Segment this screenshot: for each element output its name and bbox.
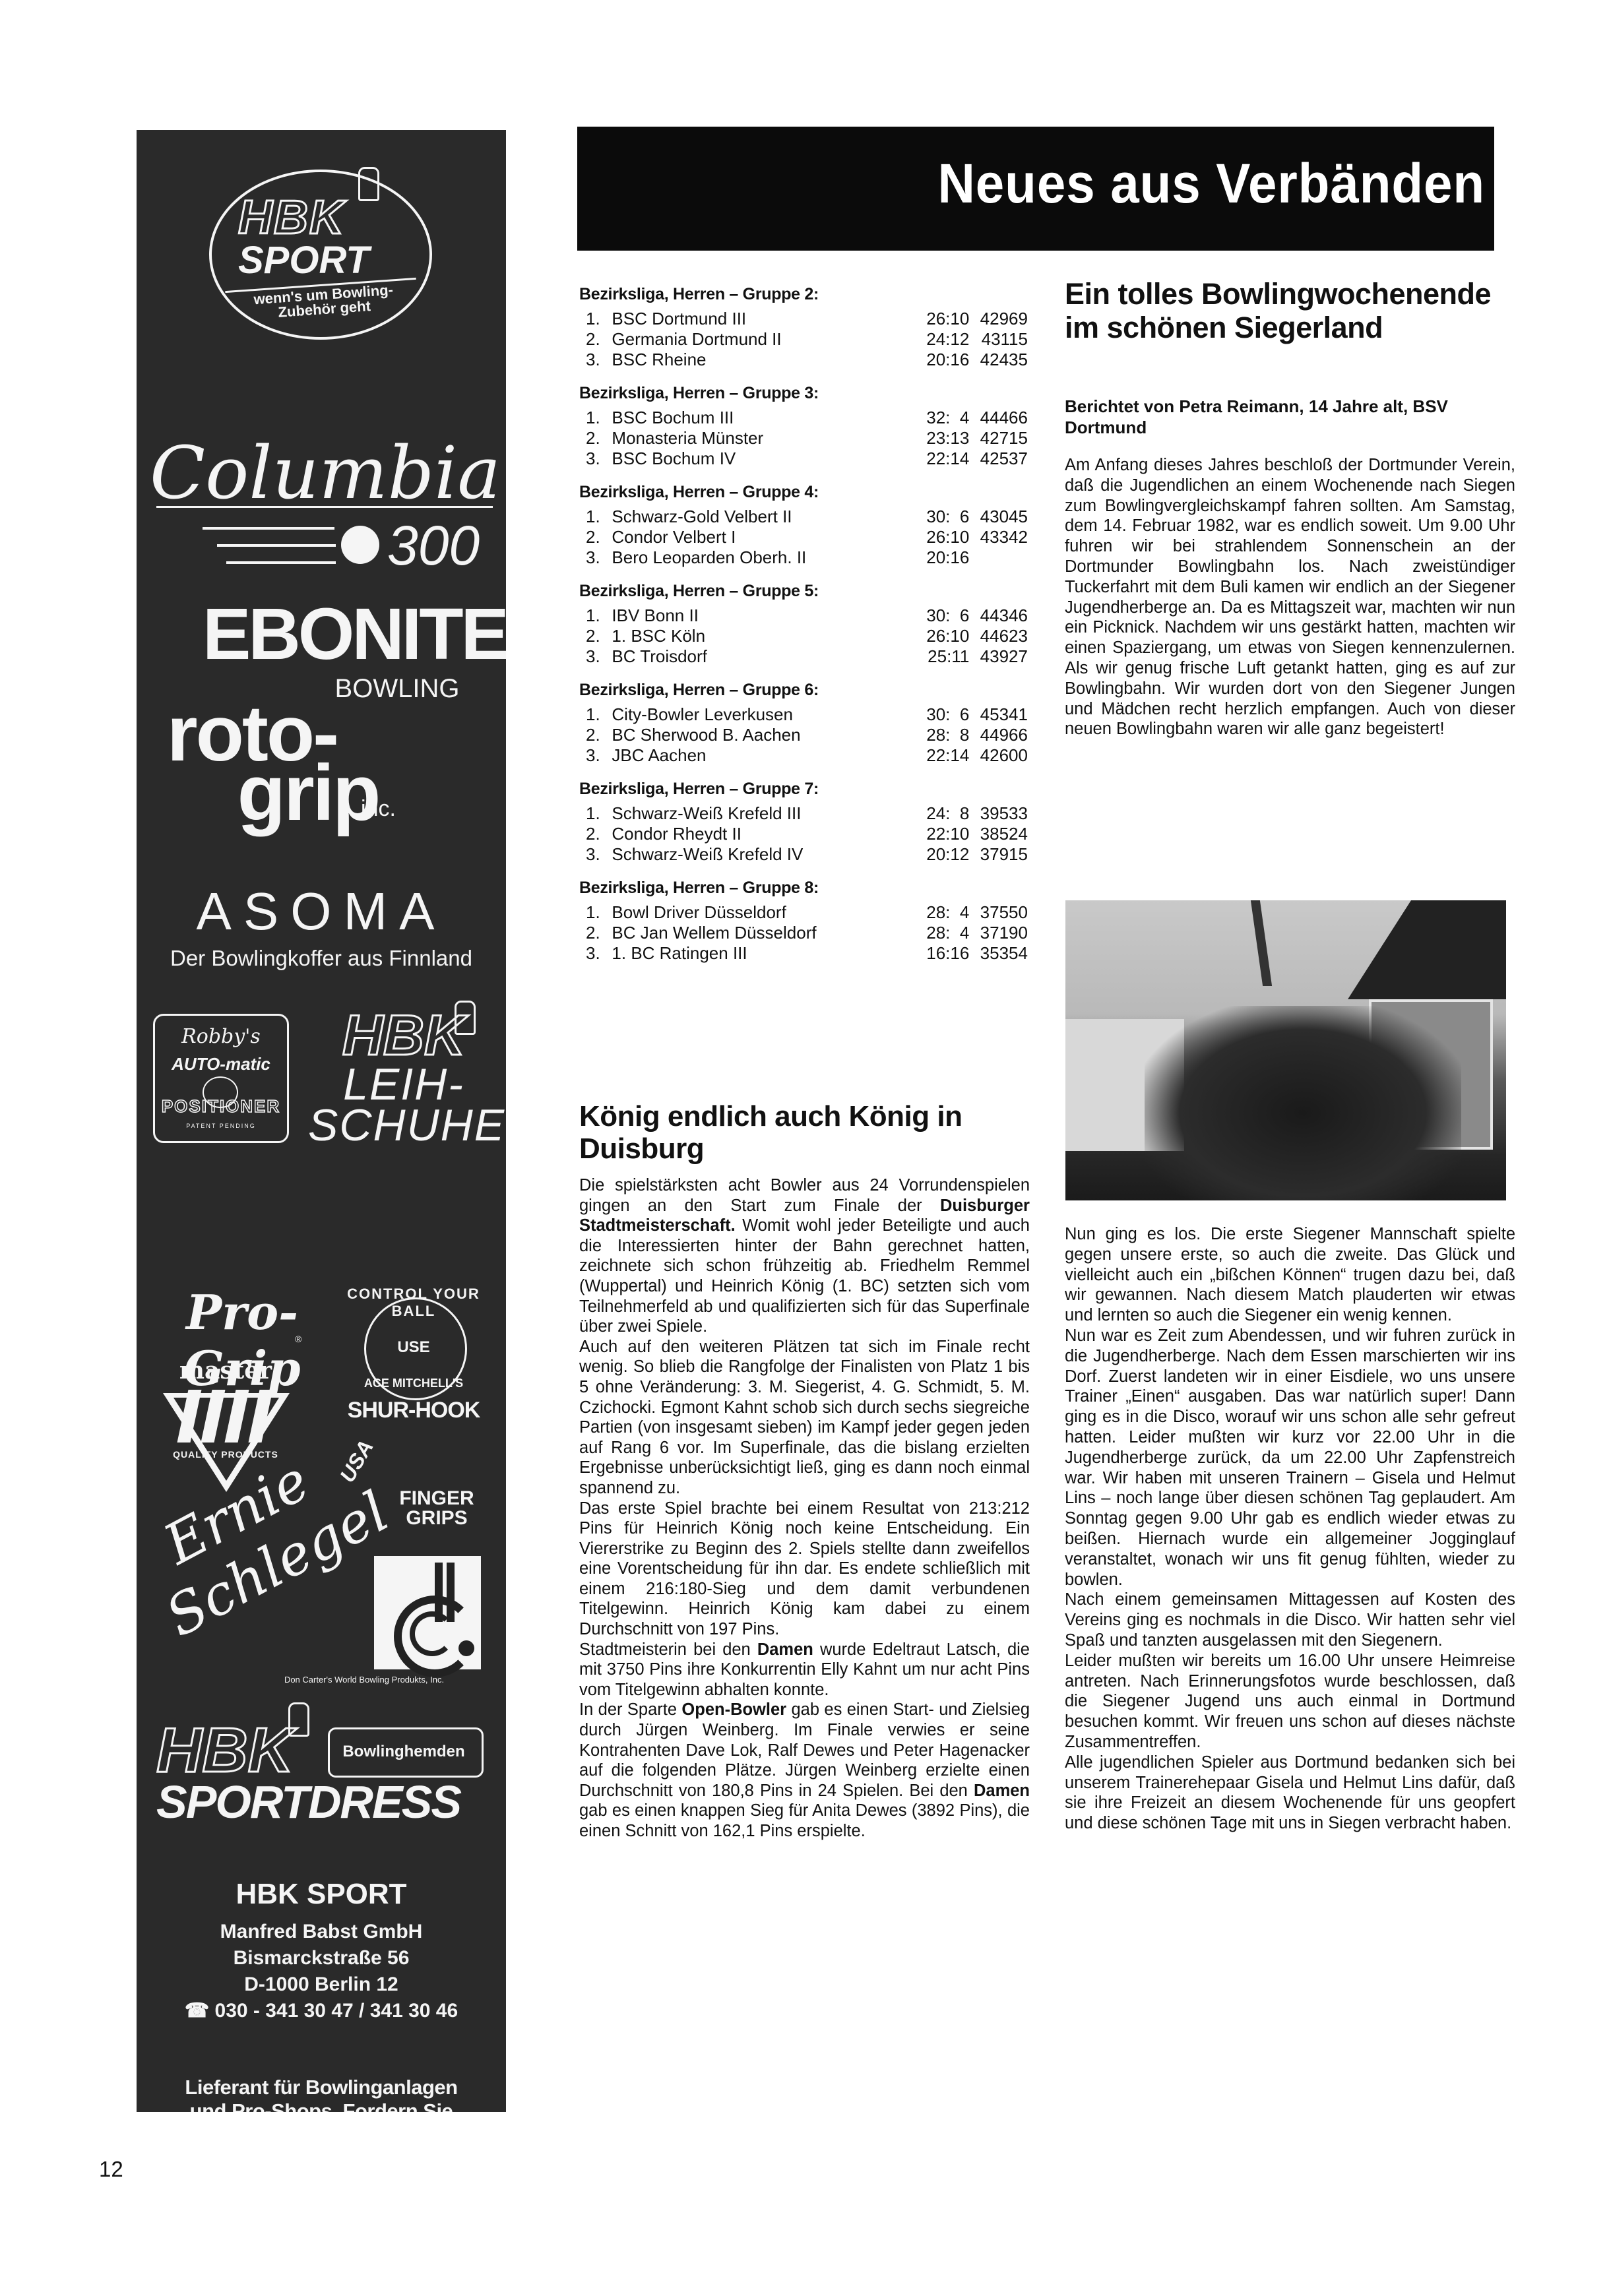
cell-points: 20:16 (911, 350, 970, 370)
cell-rank: 3. (579, 745, 612, 766)
shur-hook-logo: CONTROL YOUR BALL USE ACE MITCHELL'S SHU… (338, 1278, 489, 1429)
schuhe-line: SCHUHE (308, 1105, 499, 1146)
cell-points: 20:12 (911, 844, 970, 865)
cell-pins: 38524 (969, 824, 1028, 844)
cell-team: BSC Bochum III (612, 408, 910, 428)
standings-group: Bezirksliga, Herren – Gruppe 6:1.City-Bo… (579, 679, 1028, 766)
cell-points: 23:13 (911, 428, 970, 449)
article-siegerland-body-part1: Am Anfang dieses Jahres beschloß der Dor… (1065, 455, 1515, 739)
standings-group: Bezirksliga, Herren – Gruppe 8:1.Bowl Dr… (579, 877, 1028, 964)
table-row: 3.Bero Leoparden Oberh. II20:16 (579, 547, 1028, 568)
robby-name: Robby's (155, 1025, 287, 1048)
don-carter-logo (374, 1556, 481, 1669)
cell-pins: 42537 (969, 449, 1028, 469)
cell-rank: 3. (579, 350, 612, 370)
cell-rank: 1. (579, 605, 612, 626)
supplier-slogan: Lieferant für Bowlinganlagen und Pro-Sho… (150, 2076, 493, 2112)
cell-pins: 35354 (969, 943, 1028, 964)
cell-team: BC Sherwood B. Aachen (612, 725, 910, 745)
standings-group: Bezirksliga, Herren – Gruppe 3:1.BSC Boc… (579, 383, 1028, 469)
photo-roof (1348, 900, 1506, 999)
cell-rank: 1. (579, 507, 612, 527)
cell-rank: 2. (579, 923, 612, 943)
paragraph: Alle jugendlichen Spieler aus Dortmund b… (1065, 1753, 1515, 1834)
cell-pins: 43045 (969, 507, 1028, 527)
thumbs-up-icon (358, 167, 379, 201)
text-run: gab es einen knappen Sieg für Anita Dewe… (579, 1801, 1030, 1840)
table-row: 2.Monasteria Münster23:1342715 (579, 428, 1028, 449)
company-name: HBK SPORT (137, 1878, 506, 1911)
cell-points: 25:11 (911, 646, 970, 667)
hbk-sportdress-logo: HBK Bowlinghemden SPORTDRESS (150, 1706, 493, 1825)
table-row: 2.BC Sherwood B. Aachen28: 844966 (579, 725, 1028, 745)
cell-points: 16:16 (911, 943, 970, 964)
paragraph: Die spielstärksten acht Bowler aus 24 Vo… (579, 1175, 1030, 1337)
group-title: Bezirksliga, Herren – Gruppe 4: (579, 481, 1028, 503)
cell-team: JBC Aachen (612, 745, 910, 766)
model-number: 300 (387, 514, 480, 578)
group-title: Bezirksliga, Herren – Gruppe 6: (579, 679, 1028, 700)
table-row: 1.IBV Bonn II30: 644346 (579, 605, 1028, 626)
shur-hook-arc-text: CONTROL YOUR BALL (338, 1286, 489, 1320)
cell-team: Schwarz-Weiß Krefeld IV (612, 844, 910, 865)
shur-hook-name: SHUR-HOOK (338, 1398, 489, 1423)
group-title: Bezirksliga, Herren – Gruppe 7: (579, 778, 1028, 799)
registered-mark: ® (295, 1334, 301, 1344)
shur-hook-use: USE (338, 1338, 489, 1357)
cell-pins: 44346 (969, 605, 1028, 626)
group-title: Bezirksliga, Herren – Gruppe 3: (579, 383, 1028, 404)
text-run: Das erste Spiel brachte bei einem Result… (579, 1499, 1030, 1639)
shur-hook-ace: ACE MITCHELL'S (338, 1377, 489, 1390)
table-row: 3.BSC Bochum IV22:1442537 (579, 449, 1028, 469)
standings-group: Bezirksliga, Herren – Gruppe 4:1.Schwarz… (579, 481, 1028, 568)
robby-positioner: POSITIONER (155, 1096, 287, 1117)
table-row: 2.Germania Dortmund II24:1243115 (579, 329, 1028, 350)
hbk-brand: HBK (238, 191, 345, 245)
cell-team: BSC Bochum IV (612, 449, 910, 469)
grips-line: GRIPS (381, 1508, 493, 1528)
table-row: 3.1. BC Ratingen III16:1635354 (579, 943, 1028, 964)
bold-run: Open-Bowler (681, 1700, 786, 1719)
robby-positioner-logo: Robby's AUTO-matic POSITIONER PATENT PEN… (153, 1014, 289, 1143)
hbk-leihschuhe-logo: HBK LEIH- SCHUHE (308, 1007, 499, 1146)
slogan-line: Lieferant für Bowlinganlagen (150, 2076, 493, 2099)
group-photo (1065, 900, 1506, 1200)
table-row: 2.Condor Rheydt II22:1038524 (579, 824, 1028, 844)
bold-run: Damen (974, 1782, 1030, 1800)
finger-grips-label: FINGER GRIPS (381, 1489, 493, 1528)
cell-points: 22:14 (911, 745, 970, 766)
cell-rank: 3. (579, 943, 612, 964)
cell-pins: 43927 (969, 646, 1028, 667)
cell-rank: 1. (579, 309, 612, 329)
cell-pins: 37190 (969, 923, 1028, 943)
slogan-line: und Pro-Shops. Fordern Sie (150, 2099, 493, 2112)
cell-rank: 1. (579, 803, 612, 824)
photo-people (1145, 1006, 1461, 1200)
cell-pins: 39533 (969, 803, 1028, 824)
paragraph: Leider mußten wir bereits um 16.00 Uhr u… (1065, 1651, 1515, 1753)
cell-team: Monasteria Münster (612, 428, 910, 449)
cell-rank: 2. (579, 824, 612, 844)
leih-line: LEIH- (308, 1064, 499, 1105)
paragraph: Nun war es Zeit zum Abendessen, und wir … (1065, 1326, 1515, 1590)
cell-rank: 1. (579, 902, 612, 923)
cell-pins: 44466 (969, 408, 1028, 428)
cell-pins: 42600 (969, 745, 1028, 766)
section-title: Neues aus Verbänden (937, 152, 1485, 216)
cell-pins: 44966 (969, 725, 1028, 745)
article-koenig-title: König endlich auch König in Duisburg (579, 1100, 1028, 1165)
cell-team: Bowl Driver Düsseldorf (612, 902, 910, 923)
street-address: Bismarckstraße 56 (137, 1945, 506, 1971)
cell-pins: 43115 (969, 329, 1028, 350)
cell-points: 26:10 (911, 626, 970, 646)
thumbs-up-icon (455, 1001, 476, 1035)
cell-points: 28: 4 (911, 902, 970, 923)
paragraph: Stadtmeisterin bei den Damen wurde Edelt… (579, 1640, 1030, 1700)
city-address: D-1000 Berlin 12 (137, 1971, 506, 1998)
section-banner: Neues aus Verbänden (577, 127, 1494, 251)
cell-rank: 2. (579, 329, 612, 350)
cell-points: 30: 6 (911, 704, 970, 725)
cell-rank: 3. (579, 646, 612, 667)
table-row: 1.BSC Dortmund III26:1042969 (579, 309, 1028, 329)
text-run: Auch auf den weiteren Plätzen tat sich i… (579, 1338, 1030, 1497)
columbia-rule (156, 506, 493, 508)
cell-rank: 2. (579, 527, 612, 547)
hbk-sport-word: SPORT (238, 238, 369, 282)
cell-pins: 42715 (969, 428, 1028, 449)
table-row: 1.BSC Bochum III32: 444466 (579, 408, 1028, 428)
thumbs-up-icon (288, 1702, 309, 1737)
table-row: 3.Schwarz-Weiß Krefeld IV20:1237915 (579, 844, 1028, 865)
phone-number: ☎ 030 - 341 30 47 / 341 30 46 (137, 1998, 506, 2024)
cell-pins: 37915 (969, 844, 1028, 865)
cell-points: 26:10 (911, 527, 970, 547)
article-siegerland-title: Ein tolles Bowlingwochenende im schönen … (1065, 277, 1500, 344)
cell-points: 22:14 (911, 449, 970, 469)
photo-pole (1251, 900, 1272, 986)
cell-team: BC Troisdorf (612, 646, 910, 667)
table-row: 3.BC Troisdorf25:1143927 (579, 646, 1028, 667)
table-row: 3.JBC Aachen22:1442600 (579, 745, 1028, 766)
cell-pins: 43342 (969, 527, 1028, 547)
master-stripes-icon (183, 1390, 268, 1443)
rotogrip-suffix: inc. (361, 796, 396, 822)
paragraph: Nach einem gemeinsamen Mittagessen auf K… (1065, 1590, 1515, 1650)
cell-points: 32: 4 (911, 408, 970, 428)
cell-rank: 2. (579, 626, 612, 646)
bold-run: Damen (757, 1640, 813, 1659)
robby-automatic: AUTO-matic (155, 1054, 287, 1074)
standings-group: Bezirksliga, Herren – Gruppe 7:1.Schwarz… (579, 778, 1028, 865)
cell-points: 24: 8 (911, 803, 970, 824)
cell-rank: 3. (579, 844, 612, 865)
paragraph: Das erste Spiel brachte bei einem Result… (579, 1499, 1030, 1640)
cell-rank: 1. (579, 408, 612, 428)
page-number: 12 (99, 2157, 123, 2182)
article-koenig-body: Die spielstärksten acht Bowler aus 24 Vo… (579, 1175, 1030, 1842)
cell-rank: 2. (579, 725, 612, 745)
cell-pins: 44623 (969, 626, 1028, 646)
cell-team: Germania Dortmund II (612, 329, 910, 350)
article-byline: Berichtet von Petra Reimann, 14 Jahre al… (1065, 396, 1500, 438)
cell-team: BSC Dortmund III (612, 309, 910, 329)
bowling-ball-icon (341, 526, 379, 564)
robby-patent: PATENT PENDING (155, 1123, 287, 1129)
cell-rank: 2. (579, 428, 612, 449)
cell-pins: 37550 (969, 902, 1028, 923)
paragraph: Am Anfang dieses Jahres beschloß der Dor… (1065, 455, 1515, 739)
paragraph: Auch auf den weiteren Plätzen tat sich i… (579, 1337, 1030, 1499)
cell-rank: 3. (579, 547, 612, 568)
article-siegerland-body-part2: Nun ging es los. Die erste Siegener Mann… (1065, 1224, 1515, 1834)
paragraph: In der Sparte Open-Bowler gab es einen S… (579, 1700, 1030, 1841)
cell-team: Condor Velbert I (612, 527, 910, 547)
text-run: In der Sparte (579, 1700, 681, 1719)
paragraph: Nun ging es los. Die erste Siegener Mann… (1065, 1224, 1515, 1326)
text-run: Stadtmeisterin bei den (579, 1640, 757, 1659)
cell-points: 20:16 (911, 547, 970, 568)
cell-team: Condor Rheydt II (612, 824, 910, 844)
columbia-logo: Columbia (150, 433, 493, 512)
table-row: 1.Schwarz-Gold Velbert II30: 643045 (579, 507, 1028, 527)
group-title: Bezirksliga, Herren – Gruppe 8: (579, 877, 1028, 898)
asoma-logo: ASOMA (156, 885, 486, 938)
cell-rank: 1. (579, 704, 612, 725)
cell-team: Schwarz-Weiß Krefeld III (612, 803, 910, 824)
company-legal-name: Manfred Babst GmbH (137, 1919, 506, 1945)
standings-group: Bezirksliga, Herren – Gruppe 2:1.BSC Dor… (579, 284, 1028, 370)
cell-team: Bero Leoparden Oberh. II (612, 547, 910, 568)
ebonite-logo: EBONITE (203, 598, 493, 671)
table-row: 2.1. BSC Köln26:1044623 (579, 626, 1028, 646)
table-row: 3.BSC Rheine20:1642435 (579, 350, 1028, 370)
cell-points: 28: 8 (911, 725, 970, 745)
cell-team: BSC Rheine (612, 350, 910, 370)
master-word: master (156, 1357, 295, 1384)
bowling-ball-icon (458, 1640, 474, 1656)
cell-points: 24:12 (911, 329, 970, 350)
finger-line: FINGER (381, 1489, 493, 1508)
hbk-sport-logo: HBK SPORT wenn's um Bowling-Zubehör geht (209, 170, 432, 340)
hbk-contact-block: HBK SPORT Manfred Babst GmbH Bismarckstr… (137, 1878, 506, 2024)
group-title: Bezirksliga, Herren – Gruppe 5: (579, 580, 1028, 602)
standings-group: Bezirksliga, Herren – Gruppe 5:1.IBV Bon… (579, 580, 1028, 667)
cell-points: 26:10 (911, 309, 970, 329)
cell-points: 30: 6 (911, 605, 970, 626)
group-title: Bezirksliga, Herren – Gruppe 2: (579, 284, 1028, 305)
table-row: 1.City-Bowler Leverkusen30: 645341 (579, 704, 1028, 725)
cell-points: 28: 4 (911, 923, 970, 943)
cell-pins: 45341 (969, 704, 1028, 725)
table-row: 1.Schwarz-Weiß Krefeld III24: 839533 (579, 803, 1028, 824)
cell-points: 22:10 (911, 824, 970, 844)
standings-list: Bezirksliga, Herren – Gruppe 2:1.BSC Dor… (579, 284, 1028, 976)
sportdress-word: SPORTDRESS (156, 1776, 493, 1828)
cell-pins: 42969 (969, 309, 1028, 329)
cell-team: BC Jan Wellem Düsseldorf (612, 923, 910, 943)
columbia-300-mark: 300 (203, 519, 499, 578)
cell-team: IBV Bonn II (612, 605, 910, 626)
cell-pins: 42435 (969, 350, 1028, 370)
asoma-tagline: Der Bowlingkoffer aus Finnland (150, 946, 493, 971)
table-row: 1.Bowl Driver Düsseldorf28: 437550 (579, 902, 1028, 923)
cell-points: 30: 6 (911, 507, 970, 527)
cell-pins (969, 547, 1028, 568)
table-row: 2.Condor Velbert I26:1043342 (579, 527, 1028, 547)
cell-team: 1. BSC Köln (612, 626, 910, 646)
advertisement-column: HBK SPORT wenn's um Bowling-Zubehör geht… (137, 130, 506, 2112)
bowlinghemden-label: Bowlinghemden (331, 1743, 476, 1761)
logo-ring-inner-icon (410, 1611, 455, 1656)
cell-rank: 3. (579, 449, 612, 469)
cell-team: Schwarz-Gold Velbert II (612, 507, 910, 527)
don-carter-caption: Don Carter's World Bowling Produkts, Inc… (236, 1675, 493, 1685)
cell-team: City-Bowler Leverkusen (612, 704, 910, 725)
cell-team: 1. BC Ratingen III (612, 943, 910, 964)
table-row: 2.BC Jan Wellem Düsseldorf28: 437190 (579, 923, 1028, 943)
